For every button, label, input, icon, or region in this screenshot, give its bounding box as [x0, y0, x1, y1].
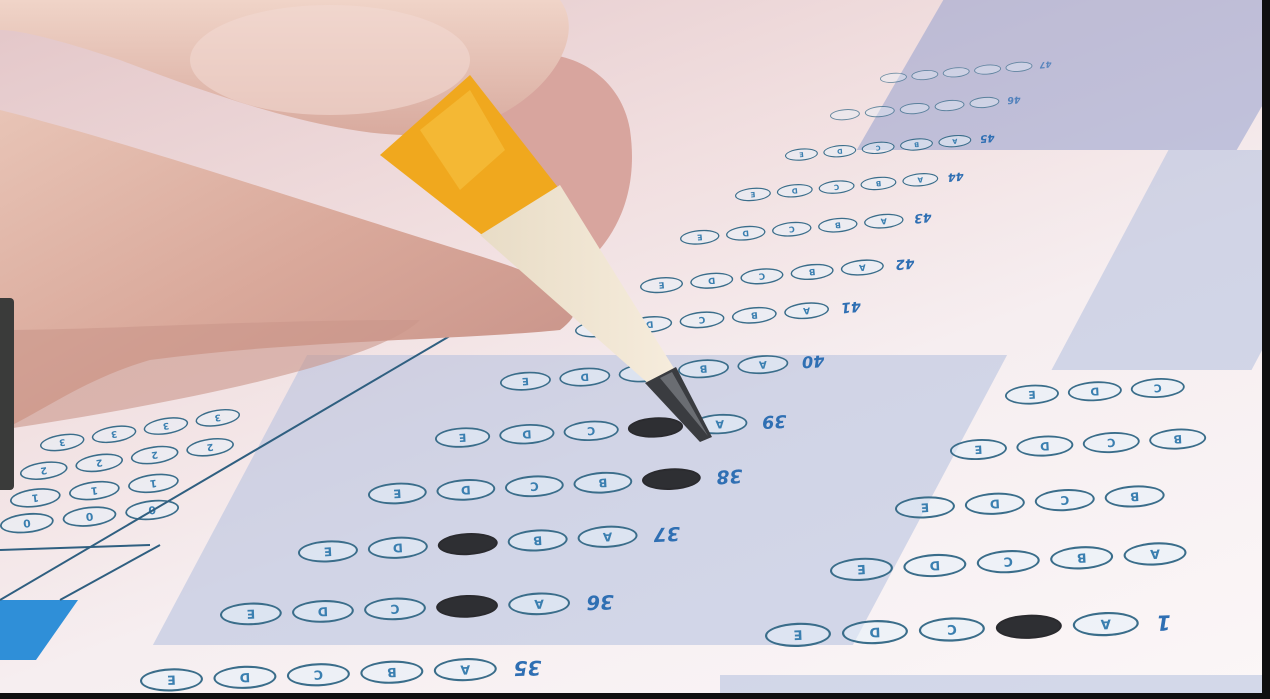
right-border	[1262, 0, 1270, 699]
answer-sheet-photo: E D C B A 41 E D C B A 40 E D C B A 39 E…	[0, 0, 1262, 693]
thumbnail	[190, 5, 470, 115]
bottom-border	[0, 693, 1270, 699]
hand-and-pencil	[0, 0, 1262, 693]
pencil-tip	[645, 367, 712, 442]
left-side-tab	[0, 298, 14, 490]
